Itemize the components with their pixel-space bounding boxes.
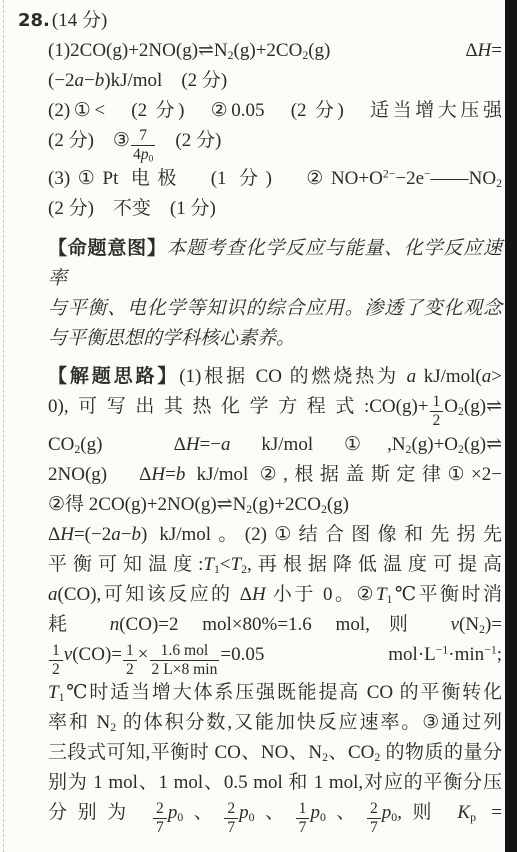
text-line: 0),可写出其热化学方程式:CO(g)+12O2(g)⇌ [18,392,502,430]
analysis-section: 【解题思路】(1)根据 CO 的燃烧热为 a kJ/mol(a>0),可写出其热… [18,362,502,836]
left-dashed-rule [3,0,4,852]
text-line: 2NO(g) ΔH=b kJ/mol ②,根据盖斯定律①×2− [18,460,502,490]
text-line: (2 分) 不变 (1 分) [18,194,502,224]
question-28-block: 28.(14 分) (1)2CO(g)+2NO(g)⇌N2(g)+2CO2(g)… [18,6,502,837]
fraction: 12 [123,642,137,679]
fraction: 27 [367,800,381,837]
fraction: 1.6 mol2 L×8 min [150,642,220,679]
text-line: 率和 N2 的体积分数,又能加快反应速率。③通过列 [18,708,502,738]
text-line: (1)2CO(g)+2NO(g)⇌N2(g)+2CO2(g) ΔH= [18,36,502,66]
question-score: (14 分) [52,10,107,31]
intent-section: 【命题意图】本题考查化学反应与能量、化学反应速率与平衡、电化学等知识的综合应用。… [18,234,502,354]
fraction: 27 [224,800,238,837]
question-header: 28.(14 分) [18,6,502,36]
text-line: 与平衡、电化学等知识的综合应用。渗透了变化观念 [18,294,502,324]
text-line: 与平衡思想的学科核心素养。 [18,324,502,354]
text-line: a(CO),可知该反应的 ΔH 小于 0。②T1℃平衡时消 [18,580,502,610]
text-line: (3)①Pt 电极 (1 分) ②NO+O2−−2e−——NO2 [18,164,502,194]
question-number: 28. [18,10,50,31]
answer-section: (1)2CO(g)+2NO(g)⇌N2(g)+2CO2(g) ΔH=(−2a−b… [18,36,502,224]
text-line: (2 分) ③74p0 (2 分) [18,126,502,164]
text-line: (2)①< (2 分) ②0.05 (2 分) 适当增大压强 [18,96,502,126]
text-line: 【解题思路】(1)根据 CO 的燃烧热为 a kJ/mol(a> [18,362,502,392]
text-line: 12v(CO)=12×1.6 mol2 L×8 min=0.05 mol·L−1… [18,640,502,678]
right-black-bar [505,0,517,852]
fraction: 27 [153,800,167,837]
text-line: (−2a−b)kJ/mol (2 分) [18,66,502,96]
fraction: 12 [430,393,444,430]
text-line: ②得 2CO(g)+2NO(g)⇌N2(g)+2CO2(g) [18,490,502,520]
text-line: CO2(g) ΔH=−a kJ/mol ①,N2(g)+O2(g)⇌ [18,430,502,460]
text-line: 平衡可知温度:T1<T2,再根据降低温度可提高 [18,550,502,580]
text-line: 【命题意图】本题考查化学反应与能量、化学反应速率 [18,234,502,294]
text-line: 三段式可知,平衡时 CO、NO、N2、CO2 的物质的量分 [18,738,502,768]
text-line: 分别为 27p0、27p0、17p0、27p0,则 Kp = [18,798,502,836]
text-line: ΔH=(−2a−b) kJ/mol。(2)①结合图像和先拐先 [18,520,502,550]
text-line: 耗 n(CO)=2 mol×80%=1.6 mol,则 v(N2)= [18,610,502,640]
fraction: 17 [296,800,310,837]
fraction: 74p0 [131,127,155,164]
text-line: T1℃时适当增大体系压强既能提高 CO 的平衡转化 [18,678,502,708]
fraction: 12 [49,642,63,679]
text-line: 别为 1 mol、1 mol、0.5 mol 和 1 mol,对应的平衡分压 [18,768,502,798]
